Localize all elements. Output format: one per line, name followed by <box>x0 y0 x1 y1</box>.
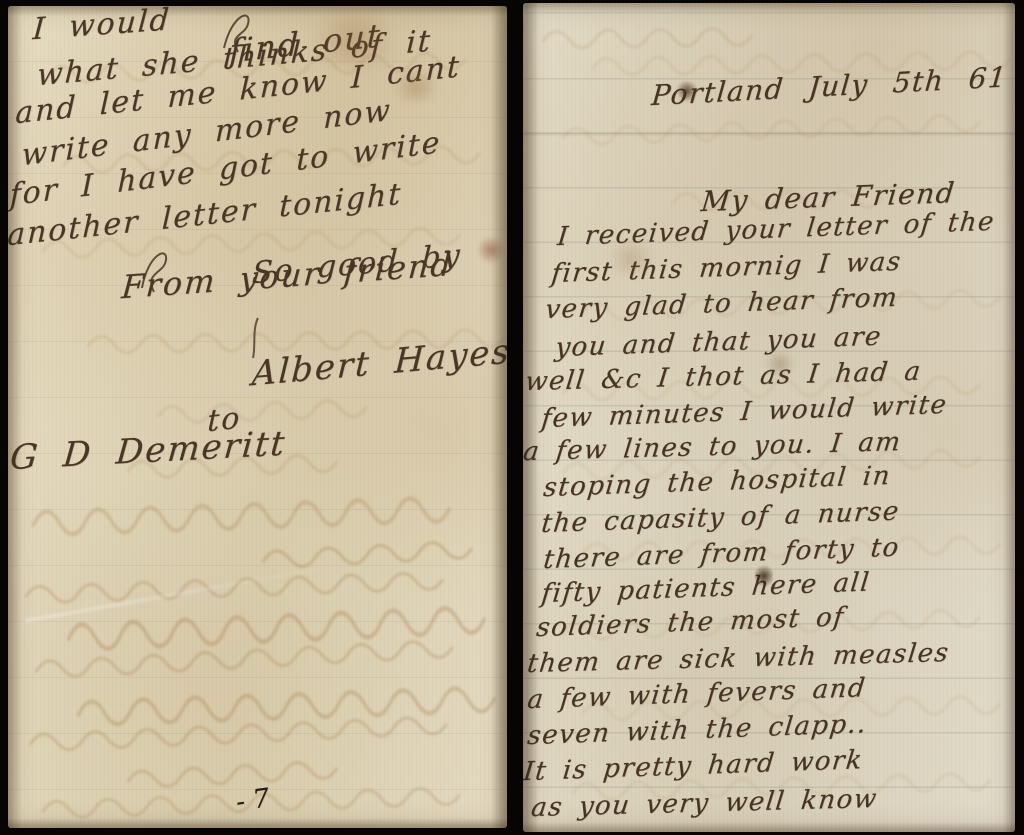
dateline: Portland July 5th 61 <box>650 60 1009 112</box>
signature: Albert Hayes <box>251 331 507 394</box>
handwriting-line: them are sick with measles <box>526 638 952 679</box>
handwriting-line: a few with fevers and <box>526 673 868 715</box>
handwriting-line: a few lines to you. I am <box>523 427 903 467</box>
recipient-name: G D Demeritt <box>8 424 287 479</box>
letter-page-right: Portland July 5th 61 My dear Friend I re… <box>523 3 1015 832</box>
paper-fold <box>523 133 1015 135</box>
handwriting-line: you and that you are <box>554 322 884 364</box>
handwriting-line: It is pretty hard work <box>523 745 865 787</box>
ink-smudge <box>478 234 504 266</box>
letter-page-left: I would find out what she thinks of it a… <box>8 6 507 828</box>
handwriting-line: I would <box>32 6 172 47</box>
handwriting-line: seven with the clapp.. <box>526 709 869 751</box>
handwriting-line: stoping the hospital in <box>542 461 893 503</box>
handwriting-line: as you very well know <box>530 784 880 823</box>
handwriting-line: soldiers the most of <box>535 602 846 643</box>
bottom-mark: - 7 <box>234 783 271 817</box>
letter-scan: I would find out what she thinks of it a… <box>0 0 1024 835</box>
handwriting-line: first this mornig I was <box>550 247 903 289</box>
paper-crease <box>25 563 341 623</box>
handwriting-line: very glad to hear from <box>544 283 900 325</box>
handwriting-line: I received your letter of the <box>556 207 997 252</box>
handwriting-line: well &c I thot as I had a <box>524 357 924 397</box>
handwriting-line: the capasity of a nurse <box>540 496 902 539</box>
